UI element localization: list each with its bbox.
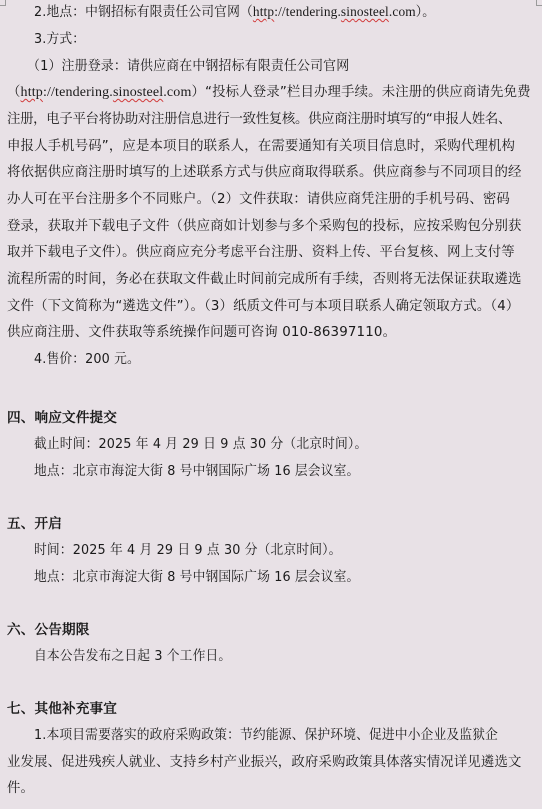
- url-segment: sinosteel: [113, 85, 163, 100]
- location-line: 2.地点：中钢招标有限责任公司官网（http://tendering.sinos…: [34, 4, 539, 22]
- text-boundary-corner-mark: [0, 0, 6, 6]
- method-paragraph-line: 申报人手机号码”，应是本项目的联系人，在需要通知有关项目信息时，采购代理机构: [7, 138, 537, 156]
- method-paragraph-line: （http://tendering.sinosteel.com）“投标人登录”栏…: [7, 84, 537, 102]
- price-line: 4.售价：200 元。: [34, 351, 539, 369]
- url-segment: .com: [163, 85, 191, 100]
- method-paragraph-line: 注册，电子平台将协助对注册信息进行一致性复核。供应商注册时填写的“申报人姓名、: [7, 111, 537, 129]
- method-label: 3.方式：: [34, 31, 539, 49]
- section-heading-notice-period: 六、公告期限: [7, 621, 537, 639]
- other-matters-line: 1.本项目需要落实的政府采购政策：节约能源、保护环境、促进中小企业及监狱企: [34, 727, 539, 745]
- method-paragraph-line: 流程所需的时间，务必在获取文件截止时间前完成所有手续，否则将无法保证获取遴选: [7, 271, 537, 289]
- submission-location: 地点：北京市海淀大街 8 号中钢国际广场 16 层会议室。: [34, 463, 539, 481]
- location-prefix: 2.地点：中钢招标有限责任公司官网（: [34, 5, 253, 20]
- method-paragraph-line: 将依据供应商注册时填写的上述联系方式与供应商取得联系。供应商参与不同项目的经: [7, 164, 537, 182]
- section-heading-other-matters: 七、其他补充事宜: [7, 700, 537, 718]
- url-segment: http: [253, 5, 274, 20]
- method-text: ）“投标人登录”栏目办理手续。未注册的供应商请先免费: [192, 85, 531, 100]
- url-segment: sinosteel: [341, 5, 389, 20]
- method-paragraph-line: 供应商注册、文件获取等系统操作问题可咨询 010-86397110。: [7, 324, 537, 342]
- location-suffix: ）。: [416, 5, 435, 20]
- paren-open: （: [7, 85, 21, 100]
- notice-period-text: 自本公告发布之日起 3 个工作日。: [34, 648, 539, 666]
- website-url[interactable]: http://tendering.sinosteel.com: [21, 85, 192, 100]
- section-heading-opening: 五、开启: [7, 515, 537, 533]
- method-paragraph-line: 文件（下文简称为“遴选文件”）。（3）纸质文件可与本项目联系人确定领取方式。（4…: [7, 298, 537, 316]
- document-page: 2.地点：中钢招标有限责任公司官网（http://tendering.sinos…: [0, 0, 542, 809]
- url-segment: .com: [389, 5, 416, 20]
- other-matters-line: 业发展、促进残疾人就业、支持乡村产业振兴，政府采购政策具体落实情况详见遴选文: [7, 754, 537, 772]
- opening-location: 地点：北京市海淀大街 8 号中钢国际广场 16 层会议室。: [34, 569, 539, 587]
- url-segment: http: [21, 85, 43, 100]
- method-paragraph-line: 办人可在平台注册多个不同账户。（2）文件获取：请供应商凭注册的手机号码、密码: [7, 191, 537, 209]
- url-segment: ://tendering.: [274, 5, 341, 20]
- website-url[interactable]: http://tendering.sinosteel.com: [253, 5, 416, 20]
- method-paragraph-line: 登录，获取并下载电子文件（供应商如计划参与多个采购包的投标，应按采购包分别获: [7, 218, 537, 236]
- other-matters-line: 件。: [7, 780, 537, 798]
- method-paragraph-line: （1）注册登录：请供应商在中钢招标有限责任公司官网: [27, 58, 539, 76]
- method-paragraph-line: 取并下载电子文件）。供应商应充分考虑平台注册、资料上传、平台复核、网上支付等: [7, 244, 537, 262]
- section-heading-submission: 四、响应文件提交: [7, 409, 537, 427]
- submission-deadline: 截止时间：2025 年 4 月 29 日 9 点 30 分（北京时间）。: [34, 436, 539, 454]
- url-segment: ://tendering.: [43, 85, 113, 100]
- opening-time: 时间：2025 年 4 月 29 日 9 点 30 分（北京时间）。: [34, 542, 539, 560]
